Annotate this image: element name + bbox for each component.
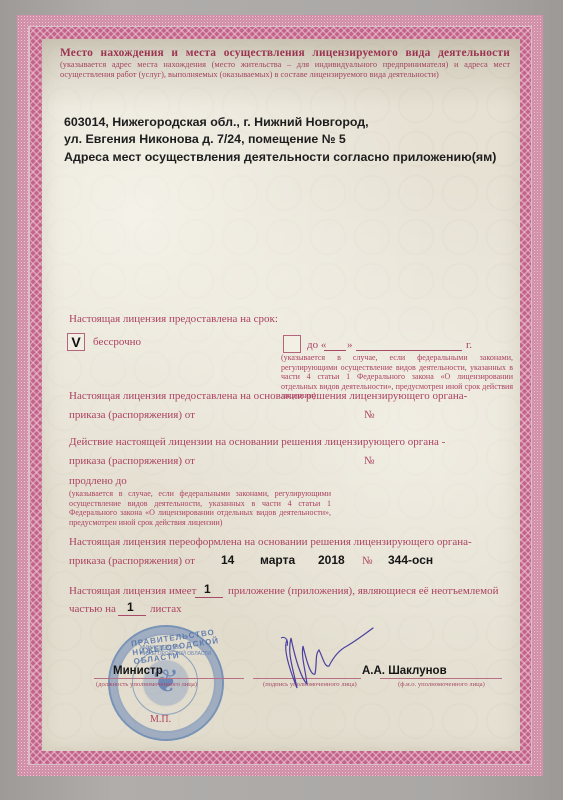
term-label: Настоящая лицензия предоставлена на срок… [69,313,278,325]
name-caption: (ф.и.о. уполномоченного лица) [398,681,485,688]
until-suffix: г. [466,339,472,351]
extended-note: (указывается в случае, если федеральными… [69,489,331,527]
seal-inner-text: МИНИСТЕРСТВО НИЖЕГОРОДСКОЙ ОБЛАСТИ [140,645,222,657]
unlimited-label: бессрочно [93,336,141,348]
appendix-pages: 1 [127,600,134,614]
position-caption: (должность уполномоченного лица) [96,681,197,688]
position-line [94,678,244,679]
until-date-checkbox[interactable] [283,335,301,353]
handwritten-signature [275,628,375,698]
reissued-label: Настоящая лицензия переоформлена на осно… [69,536,472,548]
until-day-field[interactable] [324,350,346,351]
activity-places: Адреса мест осуществления деятельности с… [64,150,496,164]
unlimited-checkbox[interactable]: V [67,333,85,351]
granted-order-label: приказа (распоряжения) от [69,409,195,421]
section-note: (указывается адрес места нахождения (мес… [60,60,510,80]
appendix-pages-suffix: листах [150,603,182,615]
appendix-middle: приложение (приложения), являющиеся её н… [228,585,499,597]
extended-label: Действие настоящей лицензии на основании… [69,436,445,448]
appendix-pages-prefix: частью на [69,603,116,615]
appendix-pages-underline [118,615,146,616]
name-line [380,678,502,679]
until-mid: » [347,339,353,351]
check-mark-icon: V [71,334,80,350]
extended-order-label: приказа (распоряжения) от [69,455,195,467]
reissued-number: 344-осн [388,553,433,567]
seal-place-label: М.П. [150,714,171,725]
license-address: 603014, Нижегородская обл., г. Нижний Но… [64,114,504,148]
signatory-position: Министр [113,665,163,677]
reissued-day: 14 [221,553,234,567]
appendix-count-underline [195,597,223,598]
reissued-number-label: № [362,555,373,567]
granted-number-label: № [364,409,375,421]
address-line-2: ул. Евгения Никонова д. 7/24, помещение … [64,131,504,148]
reissued-month: марта [260,553,295,567]
reissued-order-label: приказа (распоряжения) от [69,555,195,567]
extended-until-label: продлено до [69,475,127,487]
appendix-prefix: Настоящая лицензия имеет [69,585,196,597]
until-month-year-field[interactable] [356,350,462,351]
extended-number-label: № [364,455,375,467]
appendix-count: 1 [204,582,211,596]
reissued-year: 2018 [318,553,345,567]
section-title: Место нахождения и места осуществления л… [60,47,510,59]
address-line-1: 603014, Нижегородская обл., г. Нижний Но… [64,114,504,131]
granted-label: Настоящая лицензия предоставлена на осно… [69,390,467,402]
